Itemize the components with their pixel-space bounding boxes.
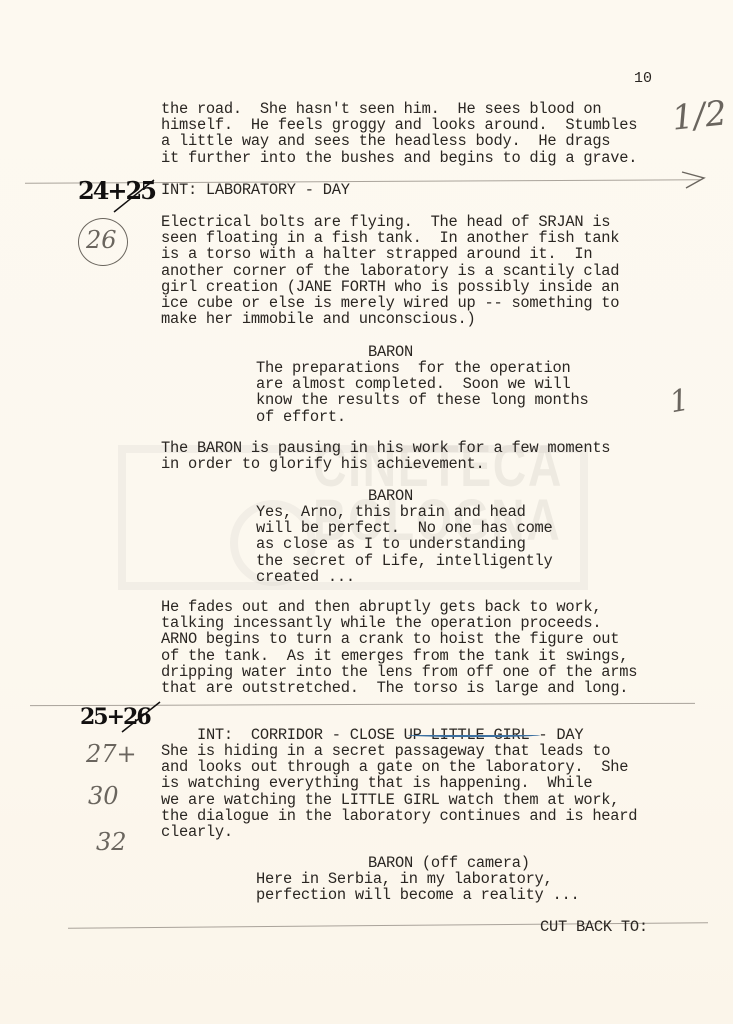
action-line: is watching everything that is happening… <box>161 775 592 791</box>
margin-mark-fraction: 1/2 <box>670 93 729 139</box>
text-line: a little way and sees the headless body.… <box>161 133 610 149</box>
character-name-baron-off-camera: BARON (off camera) <box>368 855 530 871</box>
transition-cut-back-to: CUT BACK TO: <box>540 919 648 935</box>
margin-note-2: 30 <box>88 782 119 810</box>
text-line: the road. She hasn't seen him. He sees b… <box>161 101 601 117</box>
action-line: She is hiding in a secret passageway tha… <box>161 743 610 759</box>
action-line: He fades out and then abruptly gets back… <box>161 599 601 615</box>
text-line: himself. He feels groggy and looks aroun… <box>161 117 637 133</box>
dialogue-line: perfection will become a reality ... <box>256 887 580 903</box>
action-line: ARNO begins to turn a crank to hoist the… <box>161 631 619 647</box>
dialogue-line: created ... <box>256 569 355 585</box>
dialogue-line: the secret of Life, intelligently <box>256 553 553 569</box>
action-line: The BARON is pausing in his work for a f… <box>161 440 610 456</box>
action-line: dripping water into the lens from off on… <box>161 664 637 680</box>
text-line: it further into the bushes and begins to… <box>161 150 637 166</box>
action-line: of the tank. As it emerges from the tank… <box>161 648 628 664</box>
action-line: we are watching the LITTLE GIRL watch th… <box>161 792 619 808</box>
dialogue-line: will be perfect. No one has come <box>256 520 553 536</box>
action-line: is a torso with a halter strapped around… <box>161 246 592 262</box>
action-line: ice cube or else is merely wired up -- s… <box>161 295 619 311</box>
action-line: that are outstretched. The torso is larg… <box>161 680 628 696</box>
action-line: in order to glorify his achievement. <box>161 456 485 472</box>
script-page: CINETECA BOLOGNA 10 the road. She hasn't… <box>0 0 733 1024</box>
character-name-baron-1: BARON <box>368 344 413 360</box>
dialogue-line: The preparations for the operation <box>256 360 571 376</box>
action-line: another corner of the laboratory is a sc… <box>161 263 619 279</box>
circled-number-text: 26 <box>86 226 117 254</box>
blue-pen-underline <box>408 732 540 737</box>
action-line: girl creation (JANE FORTH who is possibl… <box>161 279 619 295</box>
action-line: clearly. <box>161 824 233 840</box>
dialogue-line: Yes, Arno, this brain and head <box>256 504 526 520</box>
action-line: and looks out through a gate on the labo… <box>161 759 628 775</box>
arrow-icon <box>680 166 710 192</box>
margin-mark-one: 1 <box>667 383 692 421</box>
page-number: 10 <box>634 70 652 87</box>
dialogue-line: Here in Serbia, in my laboratory, <box>256 871 553 887</box>
scene-heading-1: INT: LABORATORY - DAY <box>161 182 350 198</box>
margin-note-3: 32 <box>96 828 127 856</box>
action-line: talking incessantly while the operation … <box>161 615 601 631</box>
action-line: make her immobile and unconscious.) <box>161 311 476 327</box>
strikeout-mark <box>118 700 164 736</box>
action-line: the dialogue in the laboratory continues… <box>161 808 637 824</box>
action-line: Electrical bolts are flying. The head of… <box>161 214 610 230</box>
character-name-baron-2: BARON <box>368 488 413 504</box>
dialogue-line: know the results of these long months <box>256 392 588 408</box>
action-line: seen floating in a fish tank. In another… <box>161 230 619 246</box>
margin-note-1: 27+ <box>86 740 137 768</box>
dialogue-line: of effort. <box>256 409 346 425</box>
dialogue-line: are almost completed. Soon we will <box>256 376 571 392</box>
strikeout-mark <box>108 176 158 216</box>
dialogue-line: as close as I to understanding <box>256 536 526 552</box>
